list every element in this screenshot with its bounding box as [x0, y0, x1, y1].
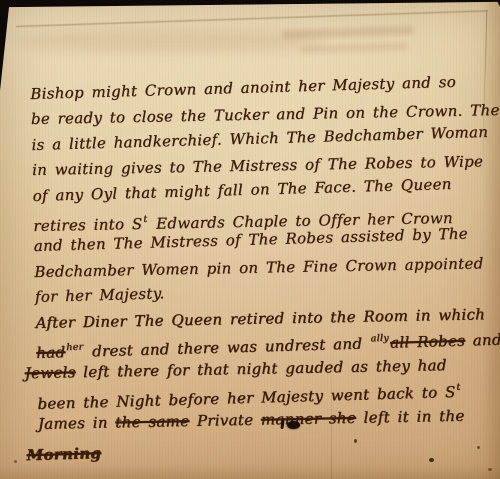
manuscript-paper: Bishop might Crown and anoint her Majest… [0, 0, 500, 479]
superscript-text: t [456, 381, 460, 392]
struck-text: the same [115, 412, 189, 431]
handwritten-text: left it in the [356, 407, 465, 427]
handwritten-text: James in [38, 414, 116, 433]
handwritten-text: Private [189, 411, 261, 430]
handwritten-text: Bishop might Crown and anoint her Majest… [30, 73, 456, 103]
crease-line-top [16, 10, 488, 27]
ink-speck [429, 458, 434, 462]
superscript-text: her [66, 341, 83, 352]
superscript-text: ally [370, 333, 389, 345]
ink-speck [354, 439, 357, 443]
paper-stain [14, 30, 324, 52]
ink-speck [477, 446, 480, 449]
manuscript-text: Bishop might Crown and anoint her Majest… [30, 72, 499, 469]
ink-speck [14, 460, 17, 463]
struck-text: Jewels [24, 364, 75, 383]
handwritten-text: for her Majesty. [35, 284, 165, 306]
struck-text: all Robes [390, 331, 466, 351]
struck-text: manner she [261, 409, 356, 429]
ink-blot [287, 421, 300, 429]
photo-backdrop: Bishop might Crown and anoint her Majest… [0, 0, 500, 479]
struck-text: had [36, 343, 66, 362]
ink-bleedthrough [282, 26, 414, 40]
superscript-text: t [143, 214, 147, 225]
struck-text: Morning [26, 444, 101, 464]
ink-speck [488, 468, 492, 471]
handwritten-text: and [465, 330, 500, 349]
